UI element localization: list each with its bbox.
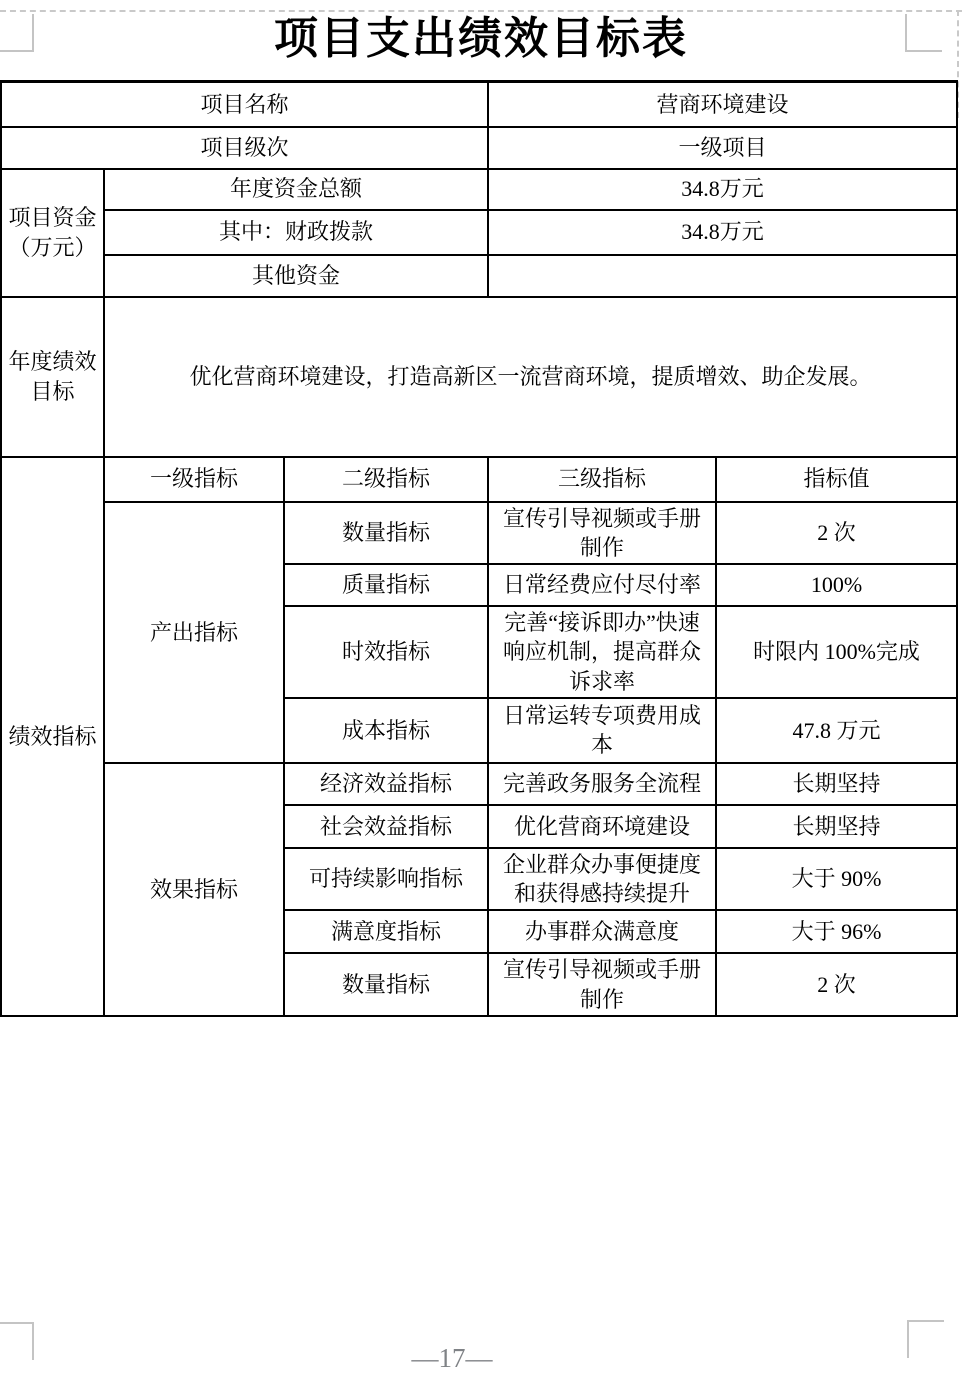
level2-indicator-cell: 成本指标 (284, 698, 488, 763)
level3-indicator-cell: 办事群众满意度 (488, 910, 716, 953)
level2-indicator-cell: 数量指标 (284, 502, 488, 565)
margin-mark-bottom-left (0, 1322, 34, 1360)
indicator-value-cell: 2 次 (716, 502, 957, 565)
table-row: 项目资金（万元） 年度资金总额 34.8万元 (1, 169, 957, 210)
level3-indicator-cell: 企业群众办事便捷度和获得感持续提升 (488, 848, 716, 911)
level2-indicator-cell: 可持续影响指标 (284, 848, 488, 911)
annual-total-label-cell: 年度资金总额 (104, 169, 488, 210)
table-row: 项目级次 一级项目 (1, 127, 957, 169)
annual-goal-text-cell: 优化营商环境建设，打造高新区一流营商环境，提质增效、助企发展。 (104, 297, 957, 457)
project-level-value-cell: 一级项目 (488, 127, 957, 169)
level2-indicator-cell: 社会效益指标 (284, 805, 488, 848)
project-level-label-cell: 项目级次 (1, 127, 488, 169)
annual-total-value-cell: 34.8万元 (488, 169, 957, 210)
funds-group-label-cell: 项目资金（万元） (1, 169, 104, 297)
page-title: 项目支出绩效目标表 (0, 6, 962, 72)
table-row: 年度绩效目标 优化营商环境建设，打造高新区一流营商环境，提质增效、助企发展。 (1, 297, 957, 457)
indicator-value-cell: 大于 96% (716, 910, 957, 953)
fiscal-allocation-label-cell: 其中：财政拨款 (104, 210, 488, 255)
indicator-value-cell: 长期坚持 (716, 805, 957, 848)
level3-indicator-cell: 完善政务服务全流程 (488, 763, 716, 805)
perf-indicators-label-cell: 绩效指标 (1, 457, 104, 1016)
level3-indicator-cell: 优化营商环境建设 (488, 805, 716, 848)
level2-indicator-cell: 时效指标 (284, 606, 488, 698)
level3-indicator-cell: 完善“接诉即办”快速响应机制，提高群众诉求率 (488, 606, 716, 698)
header-level2-cell: 二级指标 (284, 457, 488, 502)
other-funds-value-cell (488, 255, 957, 297)
level2-indicator-cell: 满意度指标 (284, 910, 488, 953)
effect-group-cell: 效果指标 (104, 763, 284, 1016)
indicator-value-cell: 2 次 (716, 953, 957, 1016)
header-level3-cell: 三级指标 (488, 457, 716, 502)
other-funds-label-cell: 其他资金 (104, 255, 488, 297)
table-row: 效果指标 经济效益指标 完善政务服务全流程 长期坚持 (1, 763, 957, 805)
header-value-cell: 指标值 (716, 457, 957, 502)
table-row: 产出指标 数量指标 宣传引导视频或手册制作 2 次 (1, 502, 957, 565)
level3-indicator-cell: 宣传引导视频或手册制作 (488, 502, 716, 565)
annual-goal-label-cell: 年度绩效目标 (1, 297, 104, 457)
project-name-label-cell: 项目名称 (1, 82, 488, 127)
indicator-value-cell: 时限内 100%完成 (716, 606, 957, 698)
level3-indicator-cell: 日常经费应付尽付率 (488, 564, 716, 606)
table-row: 其中：财政拨款 34.8万元 (1, 210, 957, 255)
page-number: —17— (352, 1341, 552, 1375)
project-name-value-cell: 营商环境建设 (488, 82, 957, 127)
indicator-value-cell: 大于 90% (716, 848, 957, 911)
level2-indicator-cell: 质量指标 (284, 564, 488, 606)
header-level1-cell: 一级指标 (104, 457, 284, 502)
level2-indicator-cell: 数量指标 (284, 953, 488, 1016)
fiscal-allocation-value-cell: 34.8万元 (488, 210, 957, 255)
margin-mark-bottom-right (907, 1320, 944, 1358)
level3-indicator-cell: 宣传引导视频或手册制作 (488, 953, 716, 1016)
table-row: 绩效指标 一级指标 二级指标 三级指标 指标值 (1, 457, 957, 502)
indicator-value-cell: 100% (716, 564, 957, 606)
table-row: 其他资金 (1, 255, 957, 297)
performance-target-table: 项目名称 营商环境建设 项目级次 一级项目 项目资金（万元） 年度资金总额 34… (0, 80, 958, 1017)
level2-indicator-cell: 经济效益指标 (284, 763, 488, 805)
document-page: 项目支出绩效目标表 项目名称 营商环境建设 项目级次 一级项目 项目资金（万元）… (0, 0, 962, 1389)
level3-indicator-cell: 日常运转专项费用成本 (488, 698, 716, 763)
indicator-value-cell: 47.8 万元 (716, 698, 957, 763)
output-group-cell: 产出指标 (104, 502, 284, 763)
indicator-value-cell: 长期坚持 (716, 763, 957, 805)
table-row: 项目名称 营商环境建设 (1, 82, 957, 127)
